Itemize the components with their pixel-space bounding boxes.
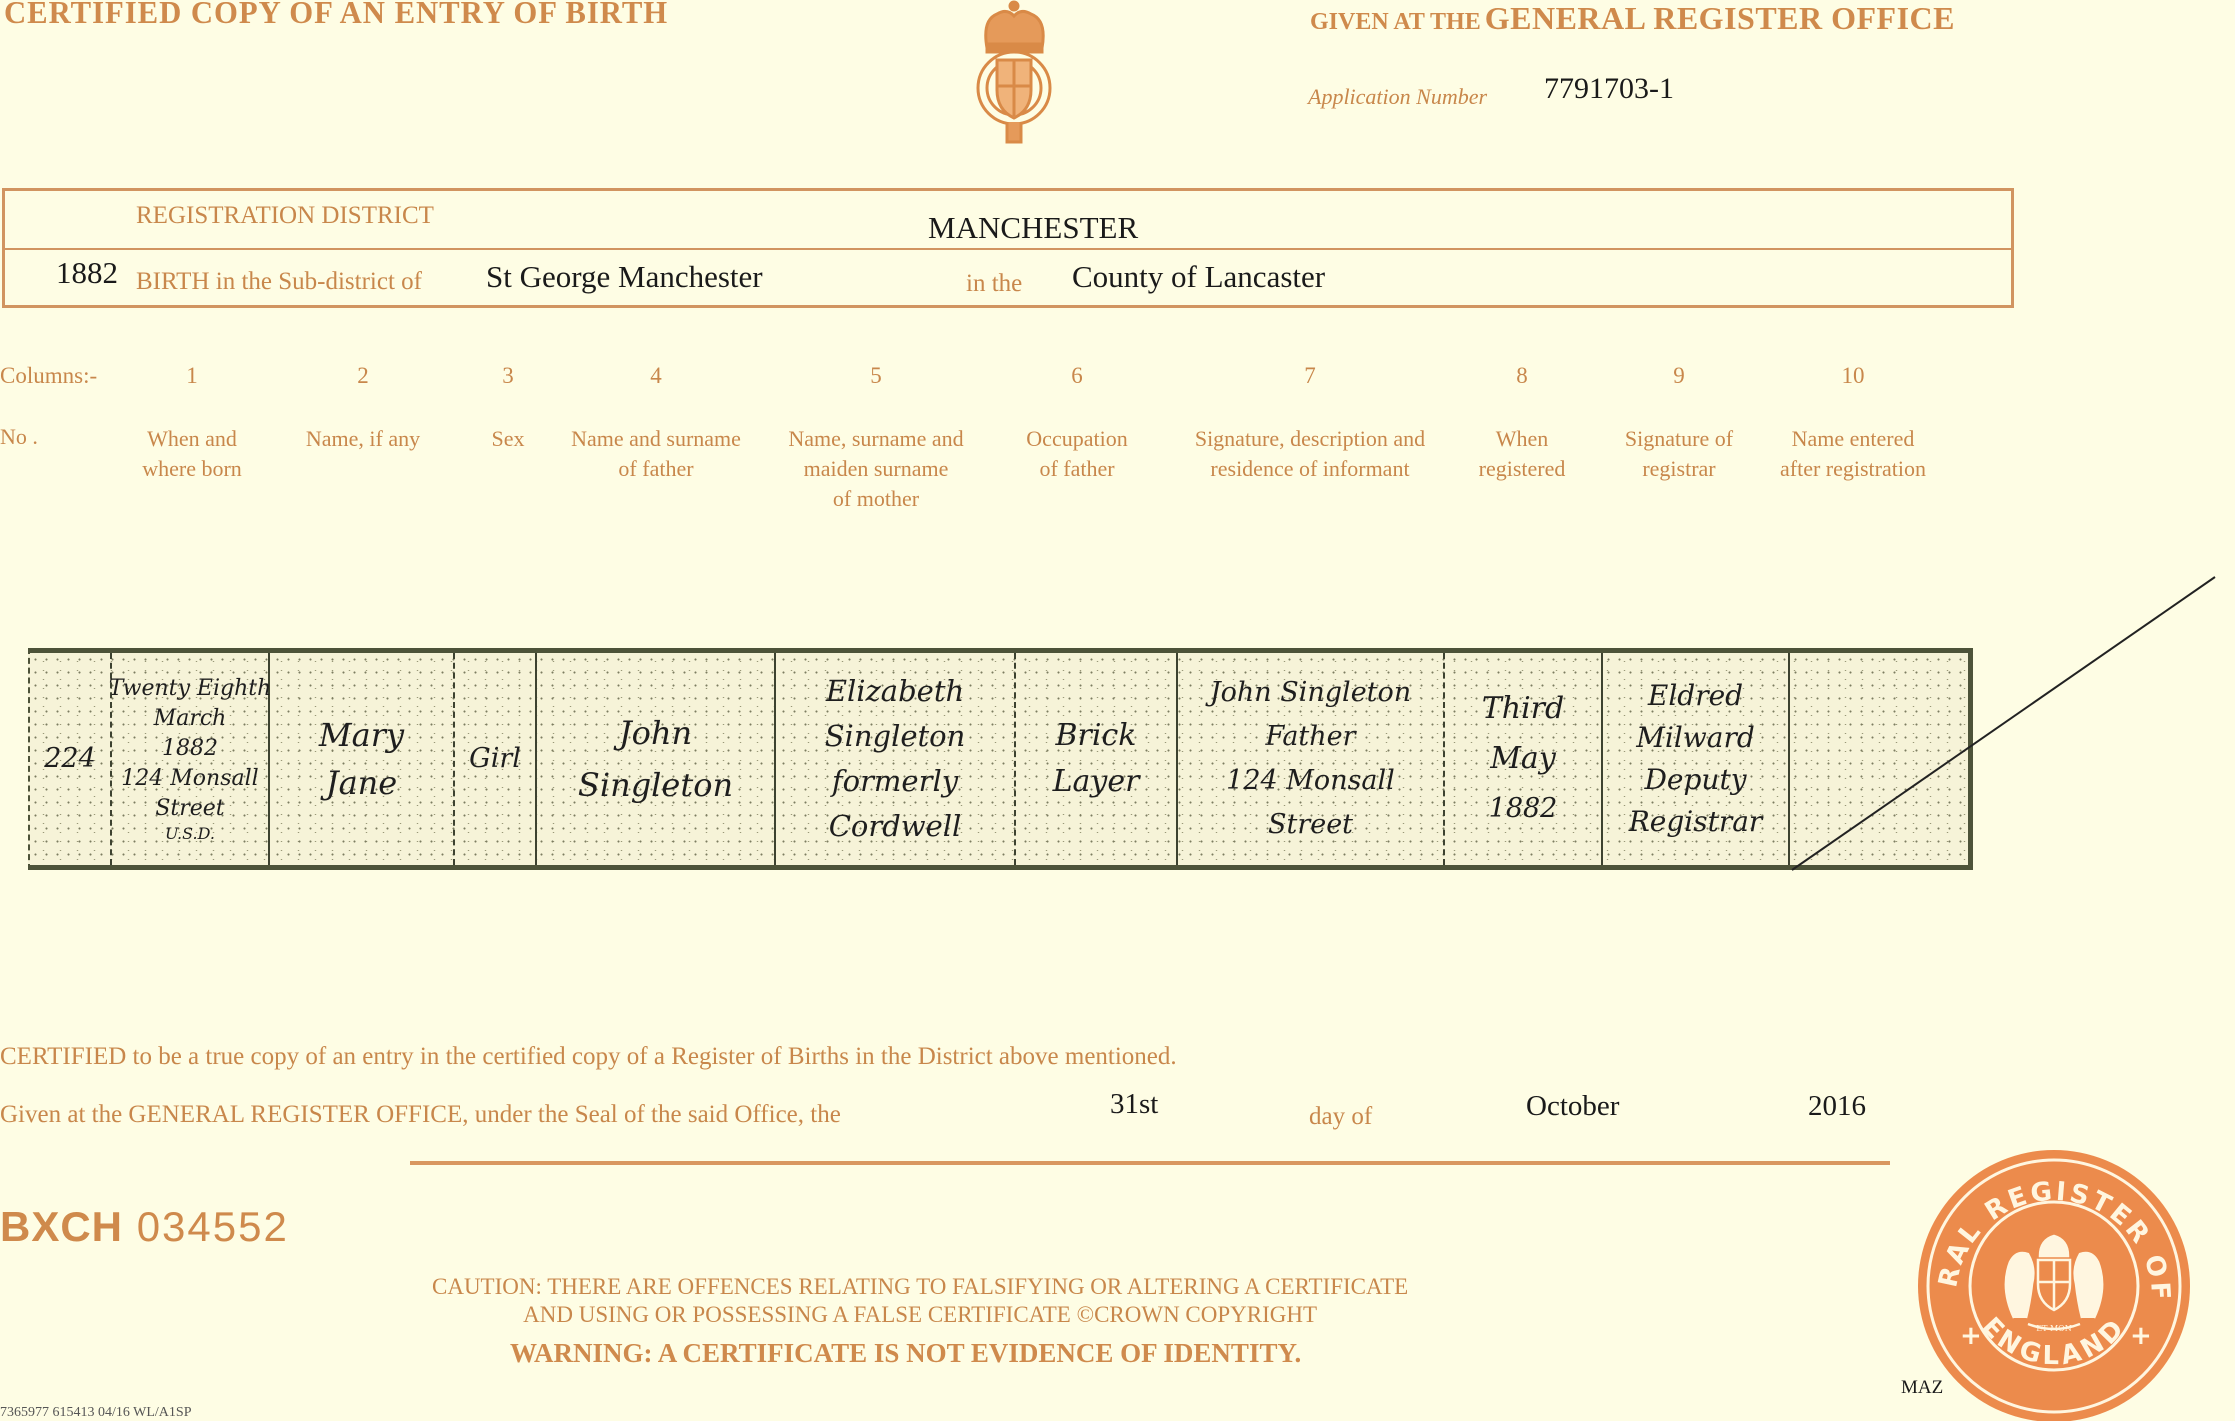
serial-prefix: BXCH: [0, 1203, 123, 1250]
column-heading-mother: Name, surname and maiden surname of moth…: [788, 424, 963, 514]
district-divider: [2, 248, 2014, 250]
column-number: 1: [186, 363, 198, 389]
registrar-signature-cell: Eldred Milward Deputy Registrar: [1603, 653, 1788, 865]
subdistrict-label: BIRTH in the Sub-district of: [136, 268, 422, 296]
given-statement: Given at the GENERAL REGISTER OFFICE, un…: [0, 1101, 841, 1129]
column-heading-occupation: Occupation of father: [1026, 424, 1127, 484]
issue-day: 31st: [1110, 1088, 1158, 1121]
caution-notice: CAUTION: THERE ARE OFFENCES RELATING TO …: [432, 1273, 1408, 1329]
identity-warning: WARNING: A CERTIFICATE IS NOT EVIDENCE O…: [510, 1338, 1301, 1369]
serial-number: 034552: [137, 1203, 289, 1250]
issue-year: 2016: [1808, 1090, 1866, 1123]
application-number-value: 7791703-1: [1544, 72, 1674, 106]
column-number: 3: [502, 363, 514, 389]
certified-statement: CERTIFIED to be a true copy of an entry …: [0, 1043, 1177, 1071]
day-of-label: day of: [1309, 1103, 1372, 1131]
mother-name-cell: Elizabeth Singleton formerly Cordwell: [776, 653, 1014, 865]
entry-number-cell: 224: [30, 653, 110, 865]
svg-text:ET MON: ET MON: [2036, 1324, 2071, 1333]
sex-cell: Girl: [455, 653, 535, 865]
informant-cell: John Singleton Father 124 Monsall Street: [1178, 653, 1443, 865]
certificate-title: CERTIFIED COPY OF AN ENTRY OF BIRTH: [4, 0, 668, 31]
column-heading-when-registered: When registered: [1479, 424, 1566, 484]
column-heading-informant: Signature, description and residence of …: [1195, 424, 1425, 484]
issue-month: October: [1526, 1090, 1619, 1123]
given-at-gro-heading: GIVEN AT THE GENERAL REGISTER OFFICE: [1310, 0, 1955, 37]
certificate-serial-number: BXCH 034552: [0, 1203, 289, 1251]
given-at-the-label: GIVEN AT THE: [1310, 9, 1481, 35]
column-heading-when-where-born: When and where born: [142, 424, 242, 484]
certification-rule: [410, 1161, 1890, 1165]
column-number: 4: [650, 363, 662, 389]
column-heading-registrar: Signature of registrar: [1625, 424, 1733, 484]
county-value: County of Lancaster: [1072, 259, 1325, 295]
column-number: 7: [1304, 363, 1316, 389]
column-heading-father: Name and surname of father: [571, 424, 741, 484]
column-number: 6: [1071, 363, 1083, 389]
cancel-strike-line: [1780, 575, 2235, 875]
column-heading-sex: Sex: [492, 424, 525, 454]
register-entry-row: 224 Twenty Eighth March 1882 124 Monsall…: [28, 648, 1973, 870]
column-heading-name-after-registration: Name entered after registration: [1780, 424, 1926, 484]
column-number: 9: [1673, 363, 1685, 389]
columns-label: Columns:-: [0, 363, 97, 389]
entry-number: 224: [44, 742, 96, 776]
registration-year: 1882: [56, 255, 118, 291]
clerk-initials: MAZ: [1901, 1377, 1943, 1399]
when-where-born-cell: Twenty Eighth March 1882 124 Monsall Str…: [112, 653, 268, 865]
print-code: 7365977 615413 04/16 WL/A1SP: [0, 1405, 191, 1421]
column-no-label: No .: [0, 424, 38, 450]
general-register-office-seal-icon: GENERAL REGISTER OFFICE ENGLAND + + ET M…: [1916, 1148, 2192, 1421]
column-heading-name: Name, if any: [306, 424, 420, 454]
column-number: 5: [870, 363, 882, 389]
application-number-label: Application Number: [1308, 84, 1487, 110]
royal-coat-of-arms-icon: [967, 0, 1062, 150]
svg-text:+: +: [2130, 1321, 2152, 1351]
child-name-cell: Mary Jane: [270, 653, 453, 865]
registration-district-label: REGISTRATION DISTRICT: [136, 202, 434, 230]
when-registered-cell: Third May 1882: [1445, 653, 1601, 865]
column-number: 2: [357, 363, 369, 389]
svg-text:+: +: [1960, 1321, 1982, 1351]
registration-district-value: MANCHESTER: [928, 210, 1138, 246]
subdistrict-value: St George Manchester: [486, 259, 763, 295]
father-name-cell: John Singleton: [537, 653, 774, 865]
general-register-office-label: GENERAL REGISTER OFFICE: [1485, 0, 1955, 36]
column-number: 8: [1516, 363, 1528, 389]
in-the-label: in the: [966, 270, 1022, 298]
occupation-cell: Brick Layer: [1016, 653, 1176, 865]
column-number: 10: [1842, 363, 1865, 389]
